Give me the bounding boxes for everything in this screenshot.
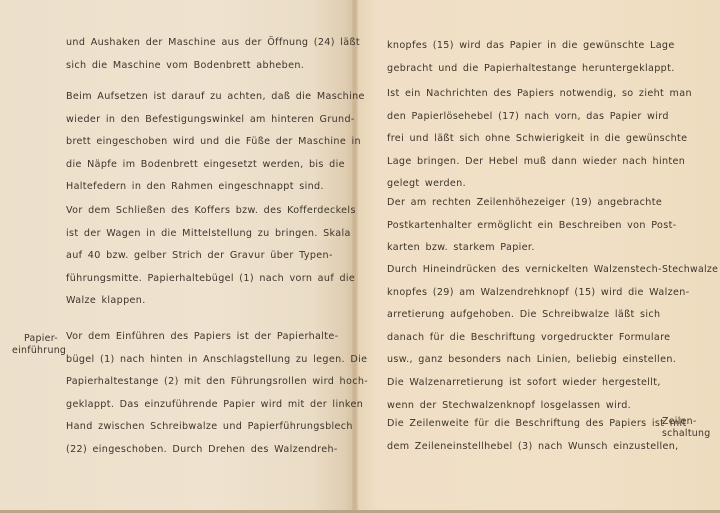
text-line: Walze klappen. [66,290,328,313]
text-line: Beim Aufsetzen ist darauf zu achten, daß… [66,86,328,109]
text-line: Durch Hineindrücken des vernickelten Wal… [387,259,651,282]
margin-note-papiereinfuehrung: Papier- einführung [12,333,58,357]
margin-note-line: Papier- [12,333,58,345]
right-paragraph-2: Ist ein Nachrichten des Papiers notwendi… [387,83,651,196]
text-line: Postkartenhalter ermöglicht ein Beschrei… [387,215,651,238]
text-line: Ist ein Nachrichten des Papiers notwendi… [387,83,651,106]
left-paragraph-3: Vor dem Schließen des Koffers bzw. des K… [66,200,328,313]
text-line: (22) eingeschoben. Durch Drehen des Walz… [66,439,328,462]
text-line: wieder in den Befestigungswinkel am hint… [66,109,328,132]
book-spread: und Aushaken der Maschine aus der Öffnun… [0,0,720,513]
margin-note-line: schaltung [662,428,718,440]
text-line: bügel (1) nach hinten in Anschlagstellun… [66,349,328,372]
text-line: Der am rechten Zeilenhöhezeiger (19) ang… [387,192,651,215]
text-line: Hand zwischen Schreibwalze und Papierfüh… [66,416,328,439]
right-paragraph-5: Die Zeilenweite für die Beschriftung des… [387,413,651,458]
text-line: gebracht und die Papierhaltestange herun… [387,58,651,81]
text-line: arretierung aufgehoben. Die Schreibwalze… [387,304,651,327]
text-line: frei und läßt sich ohne Schwierigkeit in… [387,128,651,151]
text-line: auf 40 bzw. gelber Strich der Gravur übe… [66,245,328,268]
text-line: ist der Wagen in die Mittelstellung zu b… [66,223,328,246]
text-line: dem Zeileneinstellhebel (3) nach Wunsch … [387,436,651,459]
text-line: knopfes (29) am Walzendrehknopf (15) wir… [387,282,651,305]
text-line: Die Zeilenweite für die Beschriftung des… [387,413,651,436]
text-line: Vor dem Einführen des Papiers ist der Pa… [66,326,328,349]
left-paragraph-2: Beim Aufsetzen ist darauf zu achten, daß… [66,86,328,199]
text-line: und Aushaken der Maschine aus der Öffnun… [66,32,328,55]
text-line: geklappt. Das einzuführende Papier wird … [66,394,328,417]
text-line: Papierhaltestange (2) mit den Führungsro… [66,371,328,394]
text-line: brett eingeschoben wird und die Füße der… [66,131,328,154]
right-paragraph-3: Der am rechten Zeilenhöhezeiger (19) ang… [387,192,651,260]
text-line: Lage bringen. Der Hebel muß dann wieder … [387,151,651,174]
text-line: karten bzw. starkem Papier. [387,237,651,260]
margin-note-line: einführung [12,345,58,357]
right-paragraph-4: Durch Hineindrücken des vernickelten Wal… [387,259,651,417]
margin-note-line: Stechwalze [662,264,718,276]
text-line: Die Walzenarretierung ist sofort wieder … [387,372,651,395]
left-paragraph-1: und Aushaken der Maschine aus der Öffnun… [66,32,328,77]
right-paragraph-1: knopfes (15) wird das Papier in die gewü… [387,35,651,80]
text-line: den Papierlösehebel (17) nach vorn, das … [387,106,651,129]
book-gutter [352,0,358,513]
text-line: danach für die Beschriftung vorgedruckte… [387,327,651,350]
margin-note-stechwalze: Stechwalze [662,264,718,276]
text-line: führungsmitte. Papierhaltebügel (1) nach… [66,268,328,291]
left-paragraph-4: Vor dem Einführen des Papiers ist der Pa… [66,326,328,462]
text-line: sich die Maschine vom Bodenbrett abheben… [66,55,328,78]
text-line: usw., ganz besonders nach Linien, belieb… [387,349,651,372]
text-line: knopfes (15) wird das Papier in die gewü… [387,35,651,58]
text-line: Haltefedern in den Rahmen eingeschnappt … [66,176,328,199]
text-line: die Näpfe im Bodenbrett eingesetzt werde… [66,154,328,177]
text-line: Vor dem Schließen des Koffers bzw. des K… [66,200,328,223]
